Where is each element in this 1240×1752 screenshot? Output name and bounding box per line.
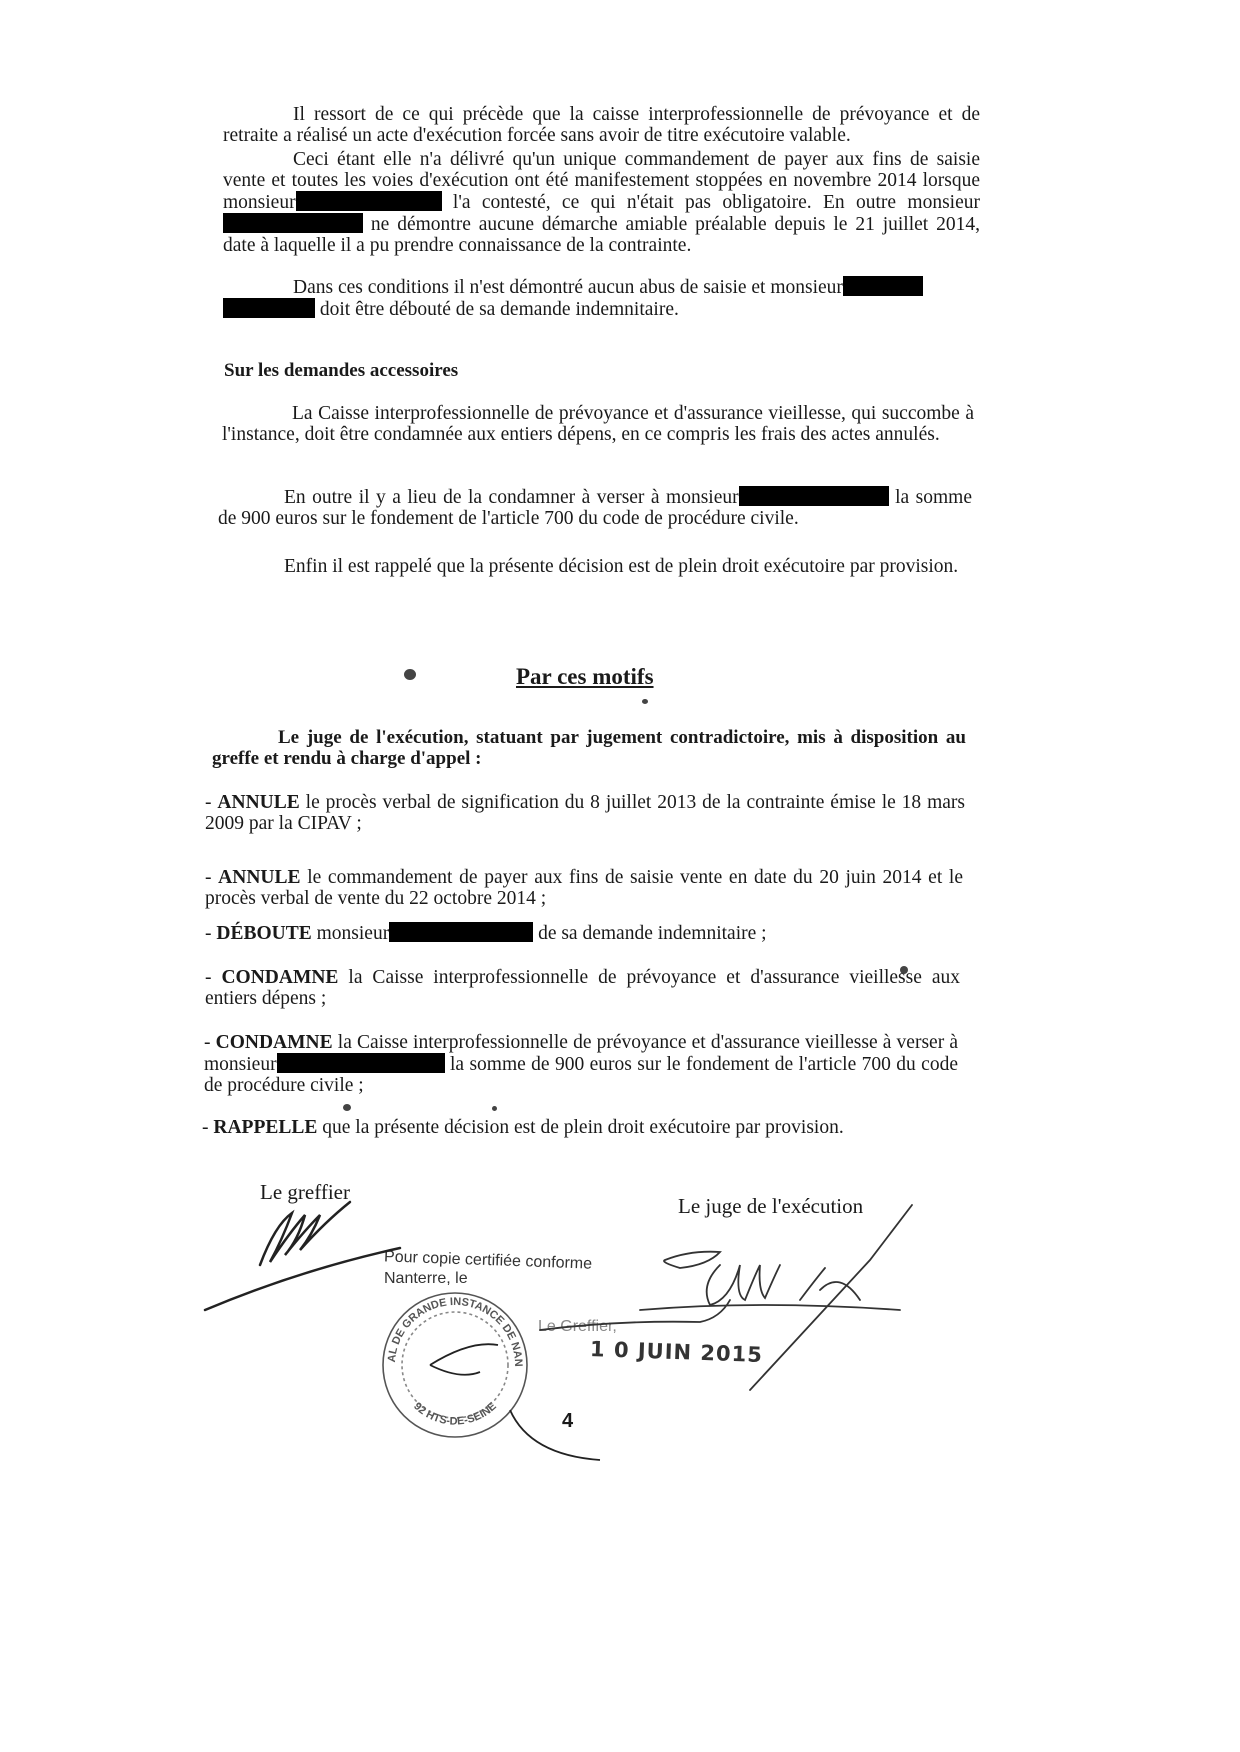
judge-signature-icon <box>540 1205 912 1390</box>
signatures-and-seal: TRIBUNAL DE GRANDE INSTANCE DE NANTERRE … <box>0 0 1240 1752</box>
seal-bottom-text: 92 HTS-DE-SEINE <box>411 1400 499 1427</box>
seal-top-text: TRIBUNAL DE GRANDE INSTANCE DE NANTERRE <box>0 0 524 1367</box>
document-page: Il ressort de ce qui précède que la cais… <box>0 0 1240 1752</box>
greffier-signature-icon <box>205 1202 400 1310</box>
